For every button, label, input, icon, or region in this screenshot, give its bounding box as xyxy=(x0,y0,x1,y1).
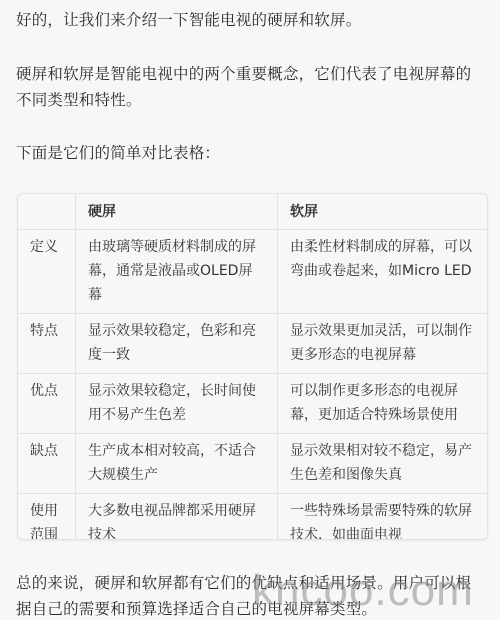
hard-cell: 大多数电视品牌都采用硬屏技术 xyxy=(76,494,278,541)
soft-cell: 由柔性材料制成的屏幕，可以弯曲或卷起来，如Micro LED xyxy=(278,230,488,314)
header-empty xyxy=(18,194,76,230)
concept-paragraph: 硬屏和软屏是智能电视中的两个重要概念，它们代表了电视屏幕的不同类型和特性。 xyxy=(16,61,486,113)
soft-cell: 显示效果相对较不稳定，易产生色差和图像失真 xyxy=(278,434,488,494)
soft-cell: 可以制作更多形态的电视屏幕，更加适合特殊场景使用 xyxy=(278,374,488,434)
table-lead-paragraph: 下面是它们的简单对比表格： xyxy=(16,140,486,166)
row-label: 使用范围 xyxy=(18,494,76,541)
soft-cell: 一些特殊场景需要特殊的软屏技术，如曲面电视 xyxy=(278,494,488,541)
hard-cell: 生产成本相对较高，不适合大规模生产 xyxy=(76,434,278,494)
header-hard-screen: 硬屏 xyxy=(76,194,278,230)
table-header-row: 硬屏 软屏 xyxy=(18,194,487,230)
row-label: 特点 xyxy=(18,314,76,374)
hard-cell: 显示效果较稳定，长时间使用不易产生色差 xyxy=(76,374,278,434)
table-row: 特点 显示效果较稳定，色彩和亮度一致 显示效果更加灵活，可以制作更多形态的电视屏… xyxy=(18,314,487,374)
table-row: 定义 由玻璃等硬质材料制成的屏幕，通常是液晶或OLED屏幕 由柔性材料制成的屏幕… xyxy=(18,230,487,314)
table-row: 使用范围 大多数电视品牌都采用硬屏技术 一些特殊场景需要特殊的软屏技术，如曲面电… xyxy=(18,494,487,541)
summary-paragraph: 总的来说，硬屏和软屏都有它们的优缺点和适用场景。用户可以根据自己的需要和预算选择… xyxy=(16,570,486,620)
hard-cell: 由玻璃等硬质材料制成的屏幕，通常是液晶或OLED屏幕 xyxy=(76,230,278,314)
hard-cell: 显示效果较稳定，色彩和亮度一致 xyxy=(76,314,278,374)
table-row: 缺点 生产成本相对较高，不适合大规模生产 显示效果相对较不稳定，易产生色差和图像… xyxy=(18,434,487,494)
soft-cell: 显示效果更加灵活，可以制作更多形态的电视屏幕 xyxy=(278,314,488,374)
row-label: 定义 xyxy=(18,230,76,314)
comparison-table: 硬屏 软屏 定义 由玻璃等硬质材料制成的屏幕，通常是液晶或OLED屏幕 由柔性材… xyxy=(17,193,488,540)
row-label: 缺点 xyxy=(18,434,76,494)
header-soft-screen: 软屏 xyxy=(278,194,488,230)
intro-paragraph: 好的，让我们来介绍一下智能电视的硬屏和软屏。 xyxy=(16,7,486,33)
row-label: 优点 xyxy=(18,374,76,434)
table-row: 优点 显示效果较稳定，长时间使用不易产生色差 可以制作更多形态的电视屏幕，更加适… xyxy=(18,374,487,434)
